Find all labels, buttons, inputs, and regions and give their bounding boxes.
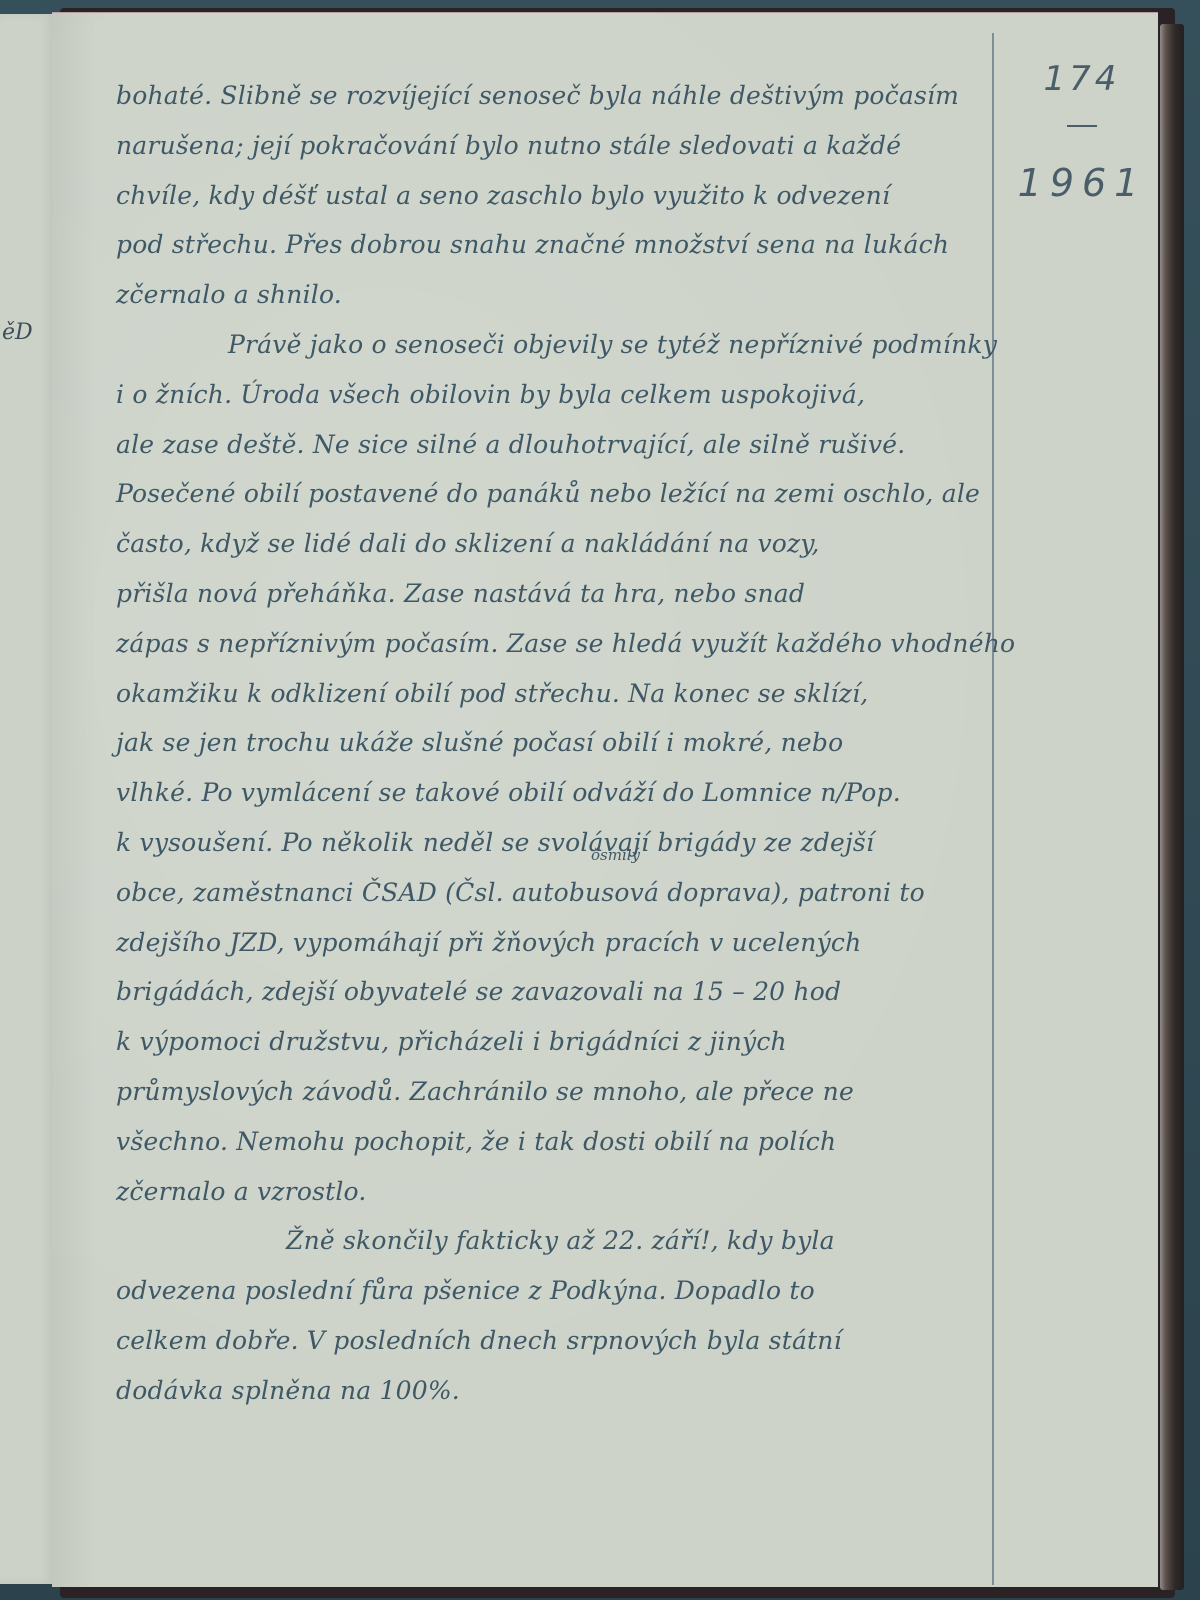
paragraph-start-line: Žně skončily fakticky až 22. září!, kdy …	[116, 1216, 976, 1266]
margin-rule	[992, 33, 994, 1585]
scanned-book-scene: ěD 174 1961 bohaté. Slibně se rozvíjejíc…	[0, 0, 1200, 1600]
text-line: často, když se lidé dali do sklizení a n…	[116, 519, 976, 569]
text-line: chvíle, kdy déšť ustal a seno zaschlo by…	[116, 171, 976, 221]
previous-page-text-fragment: ěD	[2, 320, 33, 345]
text-line: Posečené obilí postavené do panáků nebo …	[116, 469, 976, 519]
handwritten-text-block: bohaté. Slibně se rozvíjející senoseč by…	[116, 71, 976, 1416]
page-number: 174	[1007, 59, 1157, 99]
text-line: i o žních. Úroda všech obilovin by byla …	[116, 370, 976, 420]
text-line: pod střechu. Přes dobrou snahu značné mn…	[116, 220, 976, 270]
text-line: okamžiku k odklizení obilí pod střechu. …	[116, 669, 976, 719]
text-line: zčernalo a vzrostlo.	[116, 1167, 976, 1217]
book-cover-edge	[1160, 24, 1184, 1590]
text-line: narušena; její pokračování bylo nutno st…	[116, 121, 976, 171]
text-line: zápas s nepříznivým počasím. Zase se hle…	[116, 619, 976, 669]
text-line: průmyslových závodů. Zachránilo se mnoho…	[116, 1067, 976, 1117]
text-line: dodávka splněna na 100%.	[116, 1366, 976, 1416]
text-line: vlhké. Po vymlácení se takové obilí odvá…	[116, 768, 976, 818]
text-line: zčernalo a shnilo.	[116, 270, 976, 320]
chronicle-page: 174 1961 bohaté. Slibně se rozvíjející s…	[52, 12, 1158, 1587]
text-line: celkem dobře. V posledních dnech srpnový…	[116, 1316, 976, 1366]
text-line: zdejšího JZD, vypomáhají při žňových pra…	[116, 918, 976, 968]
text-line: odvezena poslední fůra pšenice z Podkýna…	[116, 1266, 976, 1316]
year-label: 1961	[1007, 161, 1157, 205]
text-line: jak se jen trochu ukáže slušné počasí ob…	[116, 718, 976, 768]
text-line: obce, zaměstnanci ČSAD (Čsl. autobusová …	[116, 868, 976, 918]
margin-column: 174 1961	[1007, 53, 1157, 205]
text-line: k vysoušení. Po několik neděl se svoláva…	[116, 818, 976, 868]
text-line: ale zase deště. Ne sice silné a dlouhotr…	[116, 420, 976, 470]
previous-page-edge: ěD	[0, 14, 55, 1584]
text-line: přišla nová přeháňka. Zase nastává ta hr…	[116, 569, 976, 619]
interlinear-annotation: ǒsmilý	[591, 846, 640, 864]
text-line: bohaté. Slibně se rozvíjející senoseč by…	[116, 71, 976, 121]
text-line: brigádách, zdejší obyvatelé se zavazoval…	[116, 967, 976, 1017]
margin-separator	[1067, 125, 1097, 127]
text-line: k výpomoci družstvu, přicházeli i brigád…	[116, 1017, 976, 1067]
text-line: všechno. Nemohu pochopit, že i tak dosti…	[116, 1117, 976, 1167]
paragraph-start-line: Právě jako o senoseči objevily se tytéž …	[116, 320, 976, 370]
